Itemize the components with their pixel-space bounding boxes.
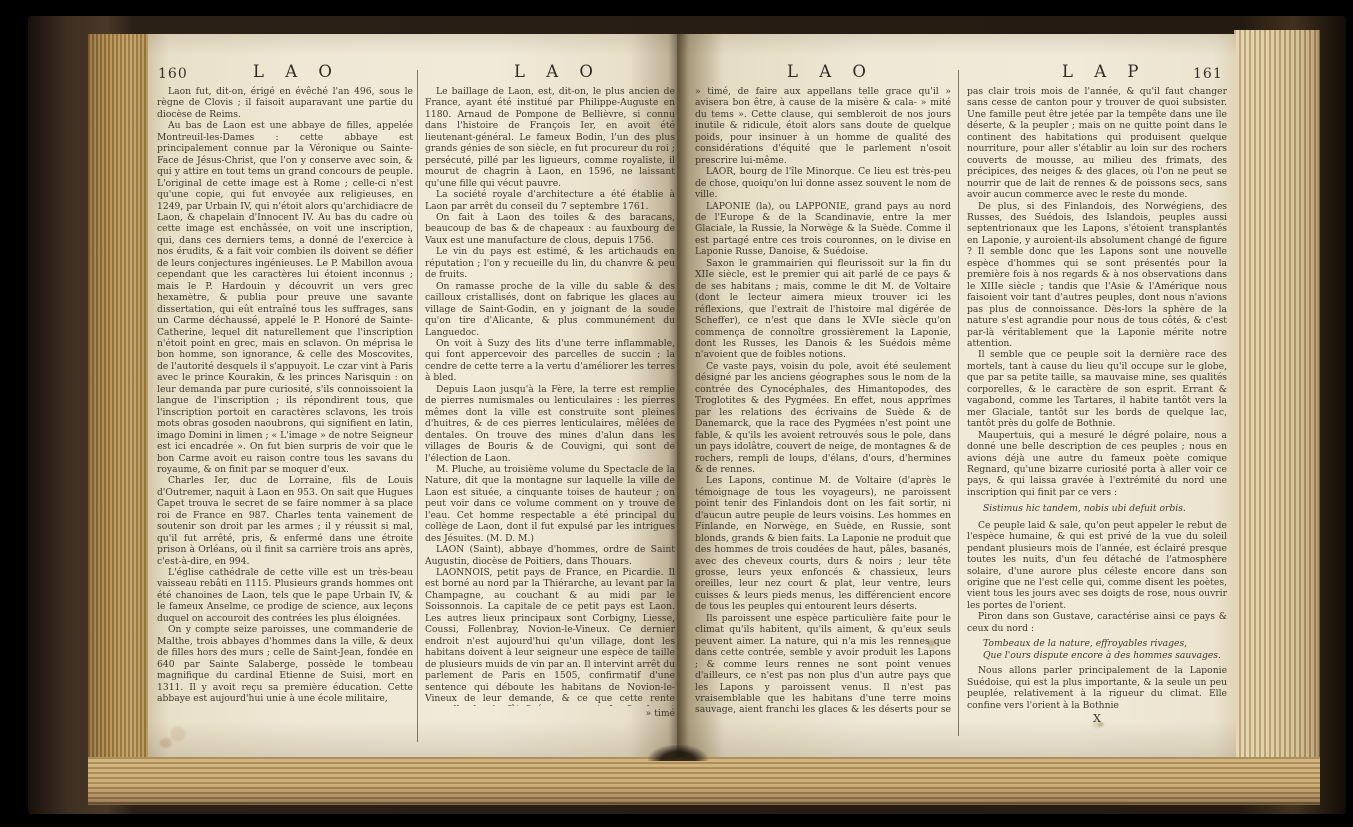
text-column-1: Laon fut, dit-on, érigé en évêché l'an 4… <box>157 86 413 712</box>
catchword: » timé <box>425 708 675 719</box>
paragraph: LAPONIE (la), ou LAPPONIE, grand pays au… <box>695 201 951 258</box>
page-edges-bottom <box>88 757 1320 805</box>
paragraph: Les Lapons, continue M. de Voltaire (d'a… <box>695 475 951 612</box>
paragraph: On voit à Suzy des lits d'une terre infl… <box>425 338 675 384</box>
running-head-right-col1: L A O <box>787 62 874 81</box>
page-edges-right <box>1234 30 1320 778</box>
paragraph: Sistimus hic tandem, nobis ubi defuit or… <box>983 503 1227 514</box>
column-rule-right-page <box>958 70 959 736</box>
book-photo: 160 L A O L A O Laon fut, dit-on, érigé … <box>0 0 1353 827</box>
paragraph: » timé, de faire aux appellans telle gra… <box>695 86 951 166</box>
paragraph: Que l'ours dispute encore à des hommes s… <box>983 650 1227 661</box>
running-head-right-col2: L A P <box>1062 62 1146 81</box>
paragraph: On fait à Laon des toiles & des baracans… <box>425 212 675 246</box>
page-edges-left <box>88 34 150 778</box>
paragraph: Maupertuis, qui a mesuré le dégré polair… <box>967 430 1227 499</box>
paragraph: Laon fut, dit-on, érigé en évêché l'an 4… <box>157 86 413 120</box>
paragraph: Ce peuple laid & sale, qu'on peut appele… <box>967 520 1227 612</box>
paragraph: LAOR, bourg de l'île Minorque. Ce lieu e… <box>695 166 951 200</box>
paragraph: Il semble que ce peuple soit la dernière… <box>967 349 1227 429</box>
paragraph: Charles Ier, duc de Lorraine, fils de Lo… <box>157 475 413 567</box>
paragraph: Le baillage de Laon, est, dit-on, le plu… <box>425 86 675 189</box>
paragraph: Au bas de Laon est une abbaye de filles,… <box>157 120 413 475</box>
paragraph: Tombeaux de la nature, effroyables rivag… <box>983 638 1227 649</box>
paragraph: LAON (Saint), abbaye d'hommes, ordre de … <box>425 544 675 567</box>
column-rule-left-page <box>417 70 418 742</box>
paragraph: Le vin du pays est estimé, & les articha… <box>425 246 675 280</box>
paragraph: La société royale d'architecture a été é… <box>425 189 675 212</box>
signature-mark: X <box>967 712 1227 725</box>
paragraph: De plus, si des Finlandois, des Norwégie… <box>967 201 1227 350</box>
paragraph: Saxon le grammairien qui fleurissoit sur… <box>695 258 951 361</box>
text-column-4: pas clair trois mois de l'année, & qu'il… <box>967 86 1227 708</box>
left-page: 160 L A O L A O Laon fut, dit-on, érigé … <box>148 34 677 757</box>
paragraph: On ramasse proche de la ville du sable &… <box>425 281 675 338</box>
running-head-left-col1: L A O <box>253 62 340 81</box>
right-page: L A O L A P 161 » timé, de faire aux app… <box>677 34 1236 757</box>
running-head-left-col2: L A O <box>514 62 601 81</box>
page-number-left: 160 <box>158 66 188 82</box>
paragraph: Nous allons parler principalement de la … <box>967 665 1227 708</box>
paragraph: Ils paroissent une espèce particulière f… <box>695 613 951 714</box>
paragraph: pas clair trois mois de l'année, & qu'il… <box>967 86 1227 201</box>
text-column-3: » timé, de faire aux appellans telle gra… <box>695 86 951 714</box>
text-column-2: Le baillage de Laon, est, dit-on, le plu… <box>425 86 675 706</box>
paragraph: M. Pluche, au troisième volume du Specta… <box>425 464 675 544</box>
paragraph: Ce vaste pays, voisin du pole, avoit été… <box>695 361 951 476</box>
paragraph: Depuis Laon jusqu'à la Fère, la terre es… <box>425 384 675 464</box>
paragraph: L'église cathédrale de cette ville est u… <box>157 567 413 624</box>
page-number-right: 161 <box>1193 66 1223 82</box>
paragraph: On y compte seize paroisses, une command… <box>157 624 413 704</box>
paragraph: LAONNOIS, petit pays de France, en Picar… <box>425 567 675 706</box>
paragraph: Piron dans son Gustave, caractérise ains… <box>967 611 1227 634</box>
